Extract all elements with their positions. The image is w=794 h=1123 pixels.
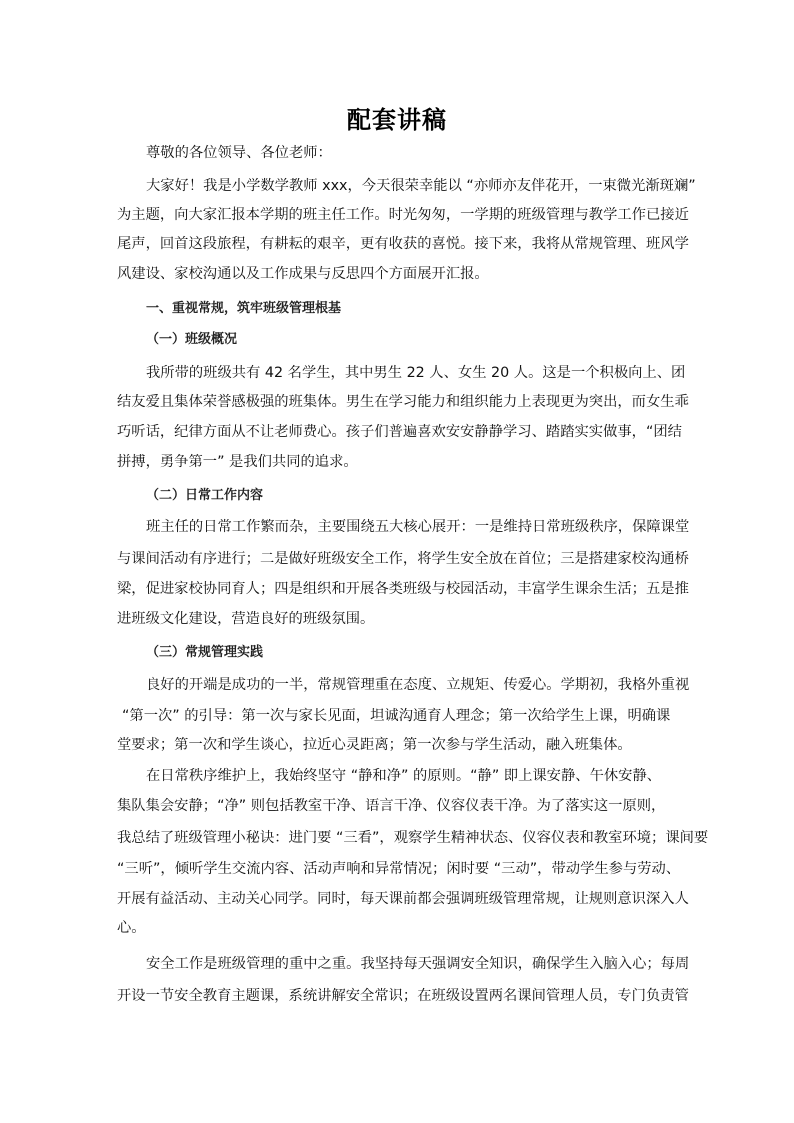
intro-line: 风建设、家校沟通以及工作成果与反思四个方面展开汇报。: [117, 265, 489, 283]
body-line: 班主任的日常工作繁而杂，主要围绕五大核心展开：一是维持日常班级秩序，保障课堂: [146, 518, 689, 536]
subsection-heading-3: （三）常规管理实践: [146, 644, 263, 662]
body-line: 开展有益活动、主动关心同学。同时，每天课前都会强调班级管理常规，让规则意识深入人: [117, 890, 689, 908]
greeting: 尊敬的各位领导、各位老师：: [146, 144, 332, 162]
body-line: 拼搏，勇争第一” 是我们共同的追求。: [117, 453, 358, 471]
body-line: 巧听话，纪律方面从不让老师费心。孩子们普遍喜欢安安静静学习、踏踏实实做事，“团结: [117, 423, 682, 441]
document-page: 配套讲稿 尊敬的各位领导、各位老师： 大家好！我是小学数学教师 xxx，今天很荣…: [0, 0, 794, 1123]
subsection-heading-2: （二）日常工作内容: [146, 487, 263, 505]
body-line: 我所带的班级共有 42 名学生，其中男生 22 人、女生 20 人。这是一个积极…: [146, 364, 685, 382]
body-line: “三听”，倾听学生交流内容、活动声响和异常情况；闲时要 “三动”，带动学生参与劳…: [117, 860, 680, 878]
body-line: 结友爱且集体荣誉感极强的班集体。男生在学习能力和组织能力上表现更为突出，而女生乖: [117, 393, 689, 411]
body-line: 开设一节安全教育主题课，系统讲解安全常识；在班级设置两名课间管理人员，专门负责管: [117, 987, 689, 1005]
body-line: 进班级文化建设，营造良好的班级氛围。: [117, 610, 374, 628]
section-heading-1: 一、重视常规，筑牢班级管理根基: [146, 300, 341, 318]
body-line: 在日常秩序维护上，我始终坚守 “静和净” 的原则。“静” 即上课安静、午休安静、: [146, 767, 661, 785]
intro-line: 大家好！我是小学数学教师 xxx，今天很荣幸能以 “亦师亦友伴花开，一束微光渐斑…: [146, 177, 696, 195]
body-line: 心。: [117, 919, 146, 937]
intro-line: 为主题，向大家汇报本学期的班主任工作。时光匆匆，一学期的班级管理与教学工作已接近: [117, 206, 689, 224]
body-line: 我总结了班级管理小秘诀：进门要 “三看”，观察学生精神状态、仪容仪表和教室环境；…: [117, 829, 708, 847]
document-title: 配套讲稿: [0, 100, 794, 135]
body-line: 堂要求；第一次和学生谈心，拉近心灵距离；第一次参与学生活动，融入班集体。: [117, 736, 632, 754]
intro-line: 尾声，回首这段旅程，有耕耘的艰辛，更有收获的喜悦。接下来，我将从常规管理、班风学: [117, 235, 689, 253]
body-line: “第一次” 的引导：第一次与家长见面，坦诚沟通育人理念；第一次给学生上课，明确课: [122, 707, 670, 725]
body-line: 集队集会安静；“净” 则包括教室干净、语言干净、仪容仪表干净。为了落实这一原则，: [117, 797, 665, 815]
body-line: 梁，促进家校协同育人；四是组织和开展各类班级与校园活动，丰富学生课余生活；五是推: [117, 580, 689, 598]
subsection-heading-1: （一）班级概况: [146, 331, 237, 349]
body-line: 安全工作是班级管理的重中之重。我坚持每天强调安全知识，确保学生入脑入心；每周: [146, 955, 689, 973]
body-line: 良好的开端是成功的一半，常规管理重在态度、立规矩、传爱心。学期初，我格外重视: [146, 676, 689, 694]
body-line: 与课间活动有序进行；二是做好班级安全工作，将学生安全放在首位；三是搭建家校沟通桥: [117, 550, 689, 568]
